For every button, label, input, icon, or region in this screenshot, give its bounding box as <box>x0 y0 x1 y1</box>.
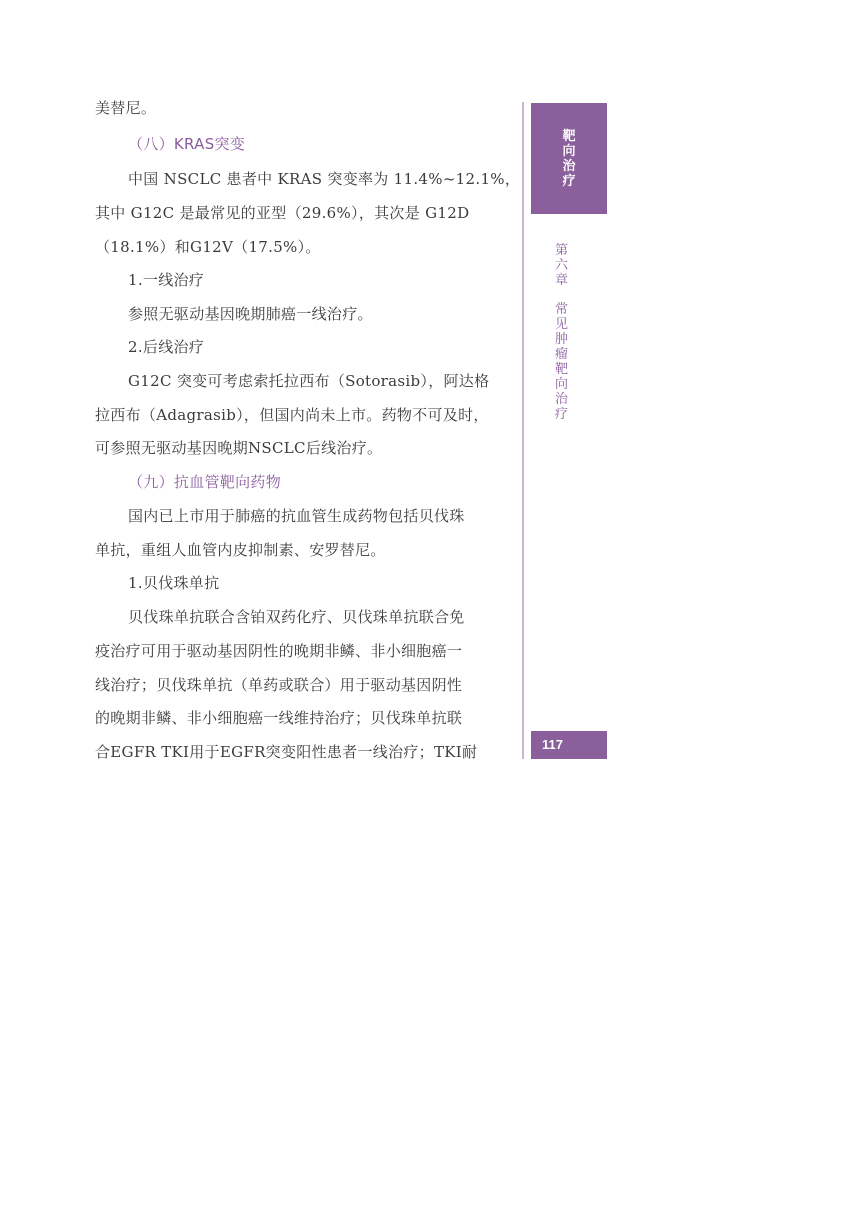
paragraph-line: 合EGFR TKI用于EGFR突变阳性患者一线治疗；TKI耐 <box>95 742 477 762</box>
chapter-title-char: 靶 <box>555 362 568 377</box>
section-tab-char: 向 <box>562 144 575 159</box>
section-tab-label: 靶 向 治 疗 <box>562 129 575 214</box>
subheading-bevacizumab: 1.贝伐珠单抗 <box>128 573 219 593</box>
page-number: 117 <box>531 731 607 759</box>
subheading-first-line: 1.一线治疗 <box>128 270 204 290</box>
paragraph-line: 的晚期非鳞、非小细胞癌一线维持治疗；贝伐珠单抗联 <box>95 708 462 728</box>
chapter-title-char: 见 <box>555 317 568 332</box>
chapter-title-char: 瘤 <box>555 347 568 362</box>
chapter-title-char: 肿 <box>555 332 568 347</box>
paragraph-line: 拉西布（Adagrasib），但国内尚未上市。药物不可及时， <box>95 405 489 425</box>
chapter-title-char: 常 <box>555 302 568 317</box>
chapter-label-char: 第 <box>555 243 568 258</box>
chapter-running-title: 第 六 章 常 见 肿 瘤 靶 向 治 疗 <box>555 243 568 422</box>
paragraph-line: 国内已上市用于肺癌的抗血管生成药物包括贝伐珠 <box>128 506 465 526</box>
section-tab-char: 靶 <box>562 129 575 144</box>
paragraph-line: 中国 NSCLC 患者中 KRAS 突变率为 11.4%~12.1%， <box>128 169 520 189</box>
paragraph-line: 单抗，重组人血管内皮抑制素、安罗替尼。 <box>95 540 386 560</box>
section-heading-antiangiogenic: （九）抗血管靶向药物 <box>128 472 281 492</box>
paragraph-line: 线治疗；贝伐珠单抗（单药或联合）用于驱动基因阴性 <box>95 675 462 695</box>
section-tab-char: 疗 <box>562 174 575 189</box>
paragraph-line: 疫治疗可用于驱动基因阴性的晚期非鳞、非小细胞癌一 <box>95 641 462 661</box>
section-tab: 靶 向 治 疗 <box>531 103 607 214</box>
chapter-label-char: 章 <box>555 273 568 288</box>
chapter-title-char: 疗 <box>555 407 568 422</box>
paragraph-line: （18.1%）和G12V（17.5%）。 <box>95 237 321 257</box>
paragraph-line: G12C 突变可考虑索托拉西布（Sotorasib），阿达格 <box>128 371 489 391</box>
chapter-title-char: 向 <box>555 377 568 392</box>
paragraph-line: 参照无驱动基因晚期肺癌一线治疗。 <box>128 304 373 324</box>
paragraph-line: 可参照无驱动基因晚期NSCLC后线治疗。 <box>95 438 382 458</box>
subheading-later-line: 2.后线治疗 <box>128 337 204 357</box>
paragraph-line: 贝伐珠单抗联合含铂双药化疗、贝伐珠单抗联合免 <box>128 607 465 627</box>
paragraph-line: 其中 G12C 是最常见的亚型（29.6%），其次是 G12D <box>95 203 469 223</box>
section-heading-kras: （八）KRAS突变 <box>128 134 245 154</box>
text-line: 美替尼。 <box>95 98 156 118</box>
section-tab-char: 治 <box>562 159 575 174</box>
chapter-title-char: 治 <box>555 392 568 407</box>
chapter-label-char: 六 <box>555 258 568 273</box>
margin-divider <box>522 102 524 759</box>
